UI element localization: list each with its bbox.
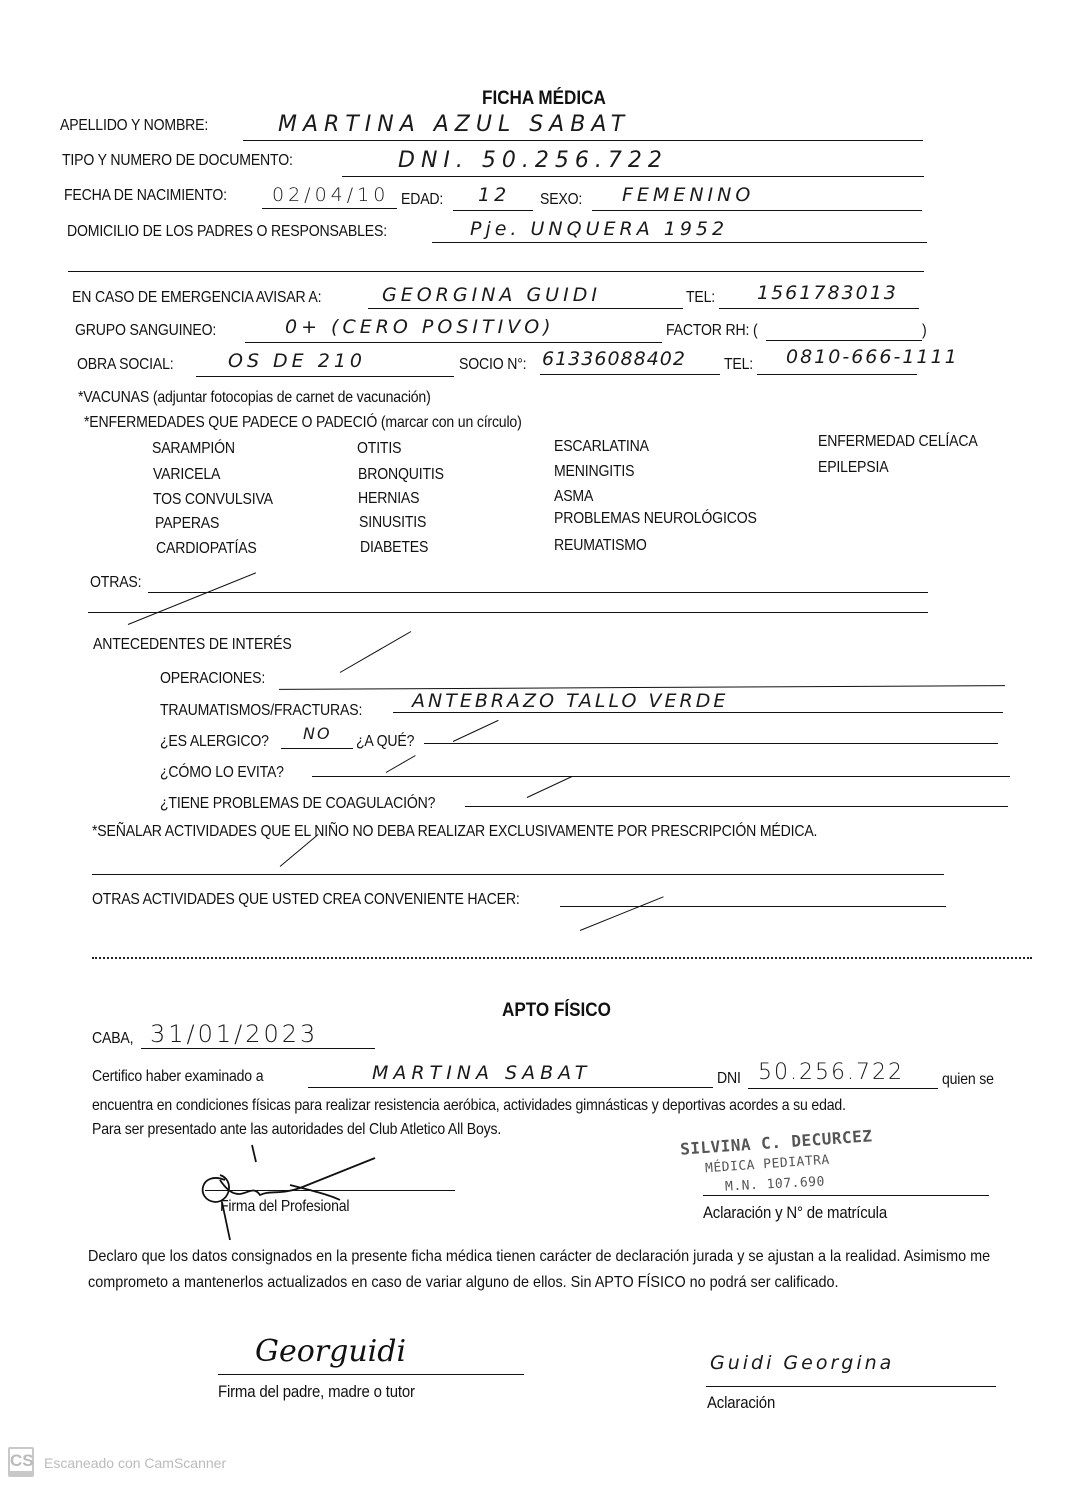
allergic-to-label: ¿A QUÉ? bbox=[356, 733, 414, 751]
disease-item[interactable]: OTITIS bbox=[357, 440, 401, 458]
disease-item[interactable]: HERNIAS bbox=[358, 490, 419, 508]
section-divider bbox=[92, 957, 1032, 959]
scanner-watermark: Escaneado con CamScanner bbox=[44, 1455, 226, 1471]
address-value[interactable]: Pje. UNQUERA 1952 bbox=[470, 218, 728, 240]
dni-label: DNI bbox=[717, 1070, 741, 1088]
allergic-label: ¿ES ALERGICO? bbox=[160, 733, 269, 751]
insurance-tel-value[interactable]: 0810-666-1111 bbox=[786, 346, 959, 368]
allergic-value[interactable]: NO bbox=[303, 724, 332, 743]
avoid-label: ¿CÓMO LO EVITA? bbox=[160, 764, 284, 782]
name-line bbox=[243, 140, 923, 141]
professional-signature bbox=[190, 1140, 390, 1250]
disease-item[interactable]: SINUSITIS bbox=[359, 514, 426, 532]
parent-signature: Georguidi bbox=[255, 1334, 406, 1369]
disease-item[interactable]: EPILEPSIA bbox=[818, 459, 888, 477]
doc-line bbox=[342, 176, 924, 177]
birth-value[interactable]: 02/04/10 bbox=[272, 184, 389, 206]
disease-item[interactable]: REUMATISMO bbox=[554, 537, 647, 555]
restrictions-label: *SEÑALAR ACTIVIDADES QUE EL NIÑO NO DEBA… bbox=[92, 823, 817, 841]
rh-line bbox=[766, 340, 922, 341]
trauma-value[interactable]: ANTEBRAZO TALLO VERDE bbox=[412, 690, 728, 712]
exam-date-value[interactable]: 31/01/2023 bbox=[150, 1020, 318, 1048]
emergency-line bbox=[368, 308, 683, 309]
certify-label: Certifico haber examinado a bbox=[92, 1068, 263, 1086]
member-label: SOCIO N°: bbox=[459, 356, 526, 374]
disease-item[interactable]: CARDIOPATÍAS bbox=[156, 540, 257, 558]
camscanner-logo-icon: CS bbox=[8, 1447, 34, 1477]
allergic-line bbox=[281, 748, 353, 749]
date-line bbox=[141, 1048, 375, 1049]
stamp-name: SILVINA C. DECURCEZ bbox=[680, 1126, 873, 1158]
insurance-line bbox=[196, 376, 454, 377]
form-title: FICHA MÉDICA bbox=[482, 88, 606, 110]
stamp-title: MÉDICA PEDIATRA bbox=[705, 1153, 831, 1177]
rh-label: FACTOR RH: ( bbox=[666, 322, 758, 340]
allergic-to-line bbox=[424, 743, 998, 744]
operations-label: OPERACIONES: bbox=[160, 670, 265, 688]
clarification-label: Aclaración y N° de matrícula bbox=[703, 1203, 887, 1223]
member-value[interactable]: 61336088402 bbox=[542, 348, 686, 370]
doc-value[interactable]: DNI. 50.256.722 bbox=[398, 148, 668, 173]
place-label: CABA, bbox=[92, 1030, 133, 1048]
professional-signature-label: Firma del Profesional bbox=[220, 1198, 349, 1216]
blood-value[interactable]: 0+ (CERO POSITIVO) bbox=[285, 316, 555, 338]
sex-label: SEXO: bbox=[540, 191, 582, 209]
others-label: OTRAS: bbox=[90, 574, 141, 592]
stamp-license: M.N. 107.690 bbox=[725, 1174, 826, 1194]
emergency-value[interactable]: GEORGINA GUIDI bbox=[382, 284, 601, 306]
dni-value[interactable]: 50.256.722 bbox=[758, 1060, 904, 1085]
others-line bbox=[148, 592, 928, 593]
parent-clarification-line bbox=[706, 1386, 996, 1387]
parent-signature-label: Firma del padre, madre o tutor bbox=[218, 1382, 415, 1402]
emergency-tel-value[interactable]: 1561783013 bbox=[757, 282, 898, 304]
birth-line bbox=[262, 208, 397, 209]
other-activities-line bbox=[560, 906, 946, 907]
disease-item[interactable]: PROBLEMAS NEUROLÓGICOS bbox=[554, 510, 757, 528]
strike-mark bbox=[453, 720, 499, 742]
address-line bbox=[432, 242, 927, 243]
parent-clarification-value[interactable]: Guidi Georgina bbox=[710, 1352, 894, 1374]
insurance-tel-label: TEL: bbox=[724, 356, 753, 374]
disease-item[interactable]: ASMA bbox=[554, 488, 593, 506]
disease-item[interactable]: ENFERMEDAD CELÍACA bbox=[818, 433, 978, 451]
avoid-line bbox=[312, 776, 1010, 777]
blood-line bbox=[245, 342, 662, 343]
address-label: DOMICILIO DE LOS PADRES O RESPONSABLES: bbox=[67, 223, 387, 241]
history-heading: ANTECEDENTES DE INTERÉS bbox=[93, 636, 292, 654]
address-line-2 bbox=[68, 271, 924, 272]
other-activities-label: OTRAS ACTIVIDADES QUE USTED CREA CONVENI… bbox=[92, 891, 520, 909]
strike-mark bbox=[527, 776, 573, 798]
certify-text-2: encuentra en condiciones físicas para re… bbox=[92, 1097, 846, 1115]
strike-mark bbox=[128, 572, 256, 625]
disease-item[interactable]: ESCARLATINA bbox=[554, 438, 649, 456]
blood-label: GRUPO SANGUINEO: bbox=[75, 322, 216, 340]
clarification-line bbox=[703, 1195, 989, 1196]
name-label: APELLIDO Y NOMBRE: bbox=[60, 117, 208, 135]
sex-line bbox=[592, 210, 922, 211]
certify-suffix: quien se bbox=[942, 1071, 994, 1089]
parent-clarification-label: Aclaración bbox=[707, 1393, 775, 1413]
strike-mark bbox=[580, 896, 664, 931]
patient-line bbox=[308, 1087, 713, 1088]
trauma-line bbox=[393, 712, 1003, 713]
insurance-value[interactable]: OS DE 210 bbox=[228, 350, 366, 372]
age-line bbox=[453, 210, 533, 211]
trauma-label: TRAUMATISMOS/FRACTURAS: bbox=[160, 702, 362, 720]
sex-value[interactable]: FEMENINO bbox=[622, 184, 754, 206]
disease-item[interactable]: PAPERAS bbox=[155, 515, 219, 533]
patient-value[interactable]: MARTINA SABAT bbox=[372, 1062, 591, 1084]
certify-text-3: Para ser presentado ante las autoridades… bbox=[92, 1121, 501, 1139]
age-value[interactable]: 12 bbox=[478, 184, 510, 206]
disease-item[interactable]: MENINGITIS bbox=[554, 463, 634, 481]
disease-item[interactable]: TOS CONVULSIVA bbox=[153, 491, 273, 509]
emergency-tel-line bbox=[719, 308, 919, 309]
member-line bbox=[540, 374, 720, 375]
others-line-2 bbox=[88, 612, 928, 613]
rh-close: ) bbox=[922, 322, 927, 340]
strike-mark bbox=[386, 755, 416, 773]
insurance-label: OBRA SOCIAL: bbox=[77, 356, 173, 374]
strike-mark bbox=[340, 631, 412, 673]
declaration-text: Declaro que los datos consignados en la … bbox=[88, 1244, 1015, 1296]
apto-title: APTO FÍSICO bbox=[502, 1000, 611, 1022]
age-label: EDAD: bbox=[401, 191, 443, 209]
parent-signature-line bbox=[218, 1374, 524, 1375]
dni-line bbox=[748, 1088, 938, 1089]
coag-line bbox=[465, 806, 1008, 807]
disease-item[interactable]: SARAMPIÓN bbox=[152, 440, 235, 458]
insurance-tel-line bbox=[757, 374, 917, 375]
birth-label: FECHA DE NACIMIENTO: bbox=[64, 187, 227, 205]
emergency-tel-label: TEL: bbox=[686, 289, 715, 307]
vaccines-note: *VACUNAS (adjuntar fotocopias de carnet … bbox=[78, 389, 431, 407]
doc-label: TIPO Y NUMERO DE DOCUMENTO: bbox=[62, 152, 293, 170]
restrictions-line bbox=[92, 874, 944, 875]
emergency-label: EN CASO DE EMERGENCIA AVISAR A: bbox=[72, 289, 321, 307]
disease-item[interactable]: VARICELA bbox=[153, 466, 220, 484]
disease-item[interactable]: DIABETES bbox=[360, 539, 428, 557]
diseases-heading: *ENFERMEDADES QUE PADECE O PADECIÓ (marc… bbox=[84, 414, 522, 432]
coag-label: ¿TIENE PROBLEMAS DE COAGULACIÓN? bbox=[160, 795, 435, 813]
name-value[interactable]: MARTINA AZUL SABAT bbox=[278, 112, 630, 137]
disease-item[interactable]: BRONQUITIS bbox=[358, 466, 444, 484]
